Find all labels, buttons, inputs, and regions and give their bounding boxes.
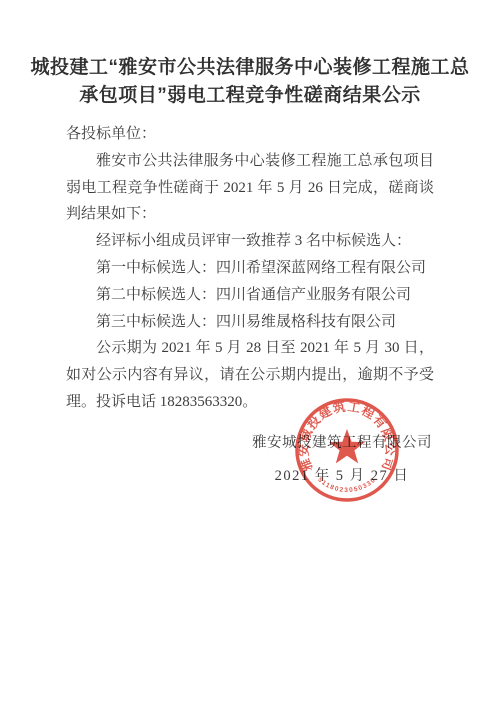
salutation: 各投标单位： [66, 121, 434, 148]
announcement-page: 城投建工“雅安市公共法律服务中心装修工程施工总承包项目”弱电工程竞争性磋商结果公… [0, 0, 500, 707]
winner-candidate-3: 第三中标候选人：四川易维晟格科技有限公司 [66, 309, 434, 336]
document-title: 城投建工“雅安市公共法律服务中心装修工程施工总承包项目”弱电工程竞争性磋商结果公… [24, 54, 476, 110]
paragraph-result-intro: 雅安市公共法律服务中心装修工程施工总承包项目弱电工程竞争性磋商于 2021 年 … [66, 148, 434, 228]
official-seal: 雅安城投建筑工程有限公司 5118023050330 [290, 393, 404, 507]
paragraph-recommendation: 经评标小组成员评审一致推荐 3 名中标候选人： [66, 228, 434, 255]
document-body: 各投标单位： 雅安市公共法律服务中心装修工程施工总承包项目弱电工程竞争性磋商于 … [66, 121, 434, 416]
winner-candidate-2: 第二中标候选人：四川省通信产业服务有限公司 [66, 282, 434, 309]
winner-candidate-1: 第一中标候选人：四川希望深蓝网络工程有限公司 [66, 255, 434, 282]
seal-number: 5118023050330 [316, 476, 377, 494]
seal-star-icon [329, 429, 365, 463]
